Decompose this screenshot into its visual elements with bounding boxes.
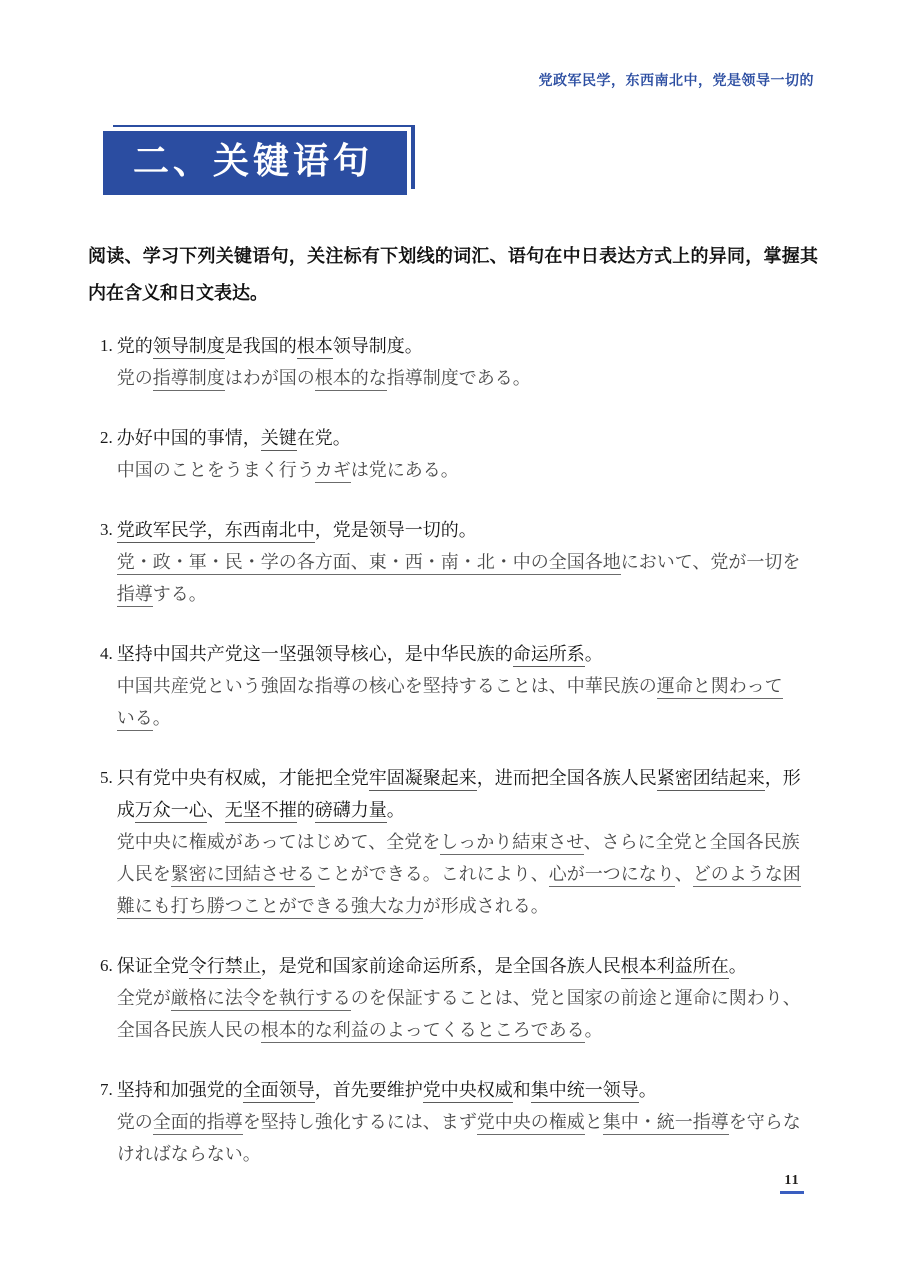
text-segment: ，党是领导一切的。 [315,520,477,540]
underlined-term: 无坚不摧 [225,800,297,823]
underlined-term: 根本 [297,336,333,359]
key-sentence-item: 2.办好中国的事情，关键在党。中国のことをうまく行うカギは党にある。 [100,422,816,486]
text-segment: 党の [117,368,153,388]
item-body: 坚持和加强党的全面领导，首先要维护党中央权威和集中统一领导。党の全面的指導を堅持… [117,1074,816,1170]
underlined-term: 根本利益所在 [621,956,729,979]
sentence-line-jp: 党中央に権威があってはじめて、全党をしっかり結束させ、さらに全党と全国各民族 [117,826,816,858]
text-segment: と [585,1112,603,1132]
text-segment: 和 [513,1080,531,1100]
item-body: 坚持中国共产党这一坚强领导核心，是中华民族的命运所系。中国共産党という強固な指導… [117,638,816,734]
sentence-line-jp: いる。 [117,702,816,734]
underlined-term: 党・政・軍・民・学の各方面、東・西・南・北・中の全国各地 [117,552,621,575]
underlined-term: 党中央权威 [423,1080,513,1103]
instructions-paragraph: 阅读、学习下列关键语句，关注标有下划线的词汇、语句在中日表达方式上的异同，掌握其… [88,238,818,312]
underlined-term: 緊密に団結させる [171,864,315,887]
text-segment: 保证全党 [117,956,189,976]
underlined-term: 根本的な [315,368,387,391]
item-number: 4. [100,638,113,734]
text-segment: 党中央に権威があってはじめて、全党を [117,832,440,852]
underlined-term: 指導 [117,584,153,607]
key-sentence-item: 4.坚持中国共产党这一坚强领导核心，是中华民族的命运所系。中国共産党という強固な… [100,638,816,734]
text-segment: ，形 [765,768,801,788]
underlined-term: 磅礴力量 [315,800,387,823]
text-segment: 坚持和加强党的 [117,1080,243,1100]
underlined-term: 关键 [261,428,297,451]
text-segment: 坚持中国共产党这一坚强领导核心，是中华民族的 [117,644,513,664]
text-segment: する。 [153,584,207,604]
underlined-term: しっかり結束させ [440,832,583,855]
item-number: 2. [100,422,113,486]
item-body: 保证全党令行禁止，是党和国家前途命运所系，是全国各族人民根本利益所在。全党が厳格… [117,950,816,1046]
underlined-term: どのような困 [693,864,801,887]
text-segment: 、さらに全党と全国各民族 [584,832,800,852]
key-sentence-item: 1.党的领导制度是我国的根本领导制度。党の指導制度はわが国の根本的な指導制度であ… [100,330,816,394]
item-body: 只有党中央有权威，才能把全党牢固凝聚起来，进而把全国各族人民紧密团结起来，形成万… [117,762,816,922]
text-segment: 。 [153,708,171,728]
text-segment: 办好中国的事情， [117,428,261,448]
text-segment: 全国各民族人民の [117,1020,261,1040]
text-segment: ，首先要维护 [315,1080,423,1100]
text-segment: 的 [297,800,315,820]
underlined-term: 万众一心 [135,800,207,823]
text-segment: 党の [117,1112,153,1132]
item-body: 党的领导制度是我国的根本领导制度。党の指導制度はわが国の根本的な指導制度である。 [117,330,816,394]
text-segment: 指導制度である。 [387,368,531,388]
text-segment: 人民を [117,864,171,884]
item-body: 党政军民学，东西南北中，党是领导一切的。党・政・軍・民・学の各方面、東・西・南・… [117,514,816,610]
text-segment: のを保証することは、党と国家の前途と運命に関わり、 [351,988,801,1008]
sentence-line-cn: 坚持和加强党的全面领导，首先要维护党中央权威和集中统一领导。 [117,1074,816,1106]
underlined-term: 命运所系 [513,644,585,667]
text-segment: 。 [585,1020,603,1040]
key-sentence-item: 7.坚持和加强党的全面领导，首先要维护党中央权威和集中统一领导。党の全面的指導を… [100,1074,816,1170]
key-sentence-item: 6.保证全党令行禁止，是党和国家前途命运所系，是全国各族人民根本利益所在。全党が… [100,950,816,1046]
item-number: 3. [100,514,113,610]
key-sentences-list: 1.党的领导制度是我国的根本领导制度。党の指導制度はわが国の根本的な指導制度であ… [100,330,816,1198]
sentence-line-cn: 办好中国的事情，关键在党。 [117,422,816,454]
sentence-line-cn: 党政军民学，东西南北中，党是领导一切的。 [117,514,816,546]
key-sentence-item: 5.只有党中央有权威，才能把全党牢固凝聚起来，进而把全国各族人民紧密团结起来，形… [100,762,816,922]
text-segment: 领导制度。 [333,336,423,356]
underlined-term: 领导制度 [153,336,225,359]
item-number: 6. [100,950,113,1046]
text-segment: はわが国の [225,368,315,388]
document-page: 党政军民学，东西南北中，党是领导一切的 二、关键语句 阅读、学习下列关键语句，关… [0,0,900,1262]
text-segment: 。 [639,1080,657,1100]
text-segment: 在党。 [297,428,351,448]
sentence-line-jp: 難にも打ち勝つことができる強大な力が形成される。 [117,890,816,922]
page-number-bar [780,1191,804,1194]
text-segment: 中国共産党という強固な指導の核心を堅持することは、中華民族の [117,676,657,696]
text-segment: ，进而把全国各族人民 [477,768,657,788]
underlined-term: 令行禁止 [189,956,261,979]
text-segment: を守らな [729,1112,801,1132]
sentence-line-cn: 成万众一心、无坚不摧的磅礴力量。 [117,794,816,826]
text-segment: ことができる。これにより、 [315,864,549,884]
underlined-term: 全面的指導 [153,1112,243,1135]
sentence-line-cn: 保证全党令行禁止，是党和国家前途命运所系，是全国各族人民根本利益所在。 [117,950,816,982]
text-segment: 、 [207,800,225,820]
underlined-term: いる [117,708,153,731]
sentence-line-jp: 人民を緊密に団結させることができる。これにより、心が一つになり、どのような困 [117,858,816,890]
text-segment: 。 [585,644,603,664]
sentence-line-jp: 指導する。 [117,578,816,610]
page-header-slogan: 党政军民学，东西南北中，党是领导一切的 [539,70,815,90]
sentence-line-jp: 中国共産党という強固な指導の核心を堅持することは、中華民族の運命と関わって [117,670,816,702]
sentence-line-jp: 党の全面的指導を堅持し強化するには、まず党中央の権威と集中・統一指導を守らな [117,1106,816,1138]
sentence-line-jp: 全党が厳格に法令を執行するのを保証することは、党と国家の前途と運命に関わり、 [117,982,816,1014]
sentence-line-cn: 坚持中国共产党这一坚强领导核心，是中华民族的命运所系。 [117,638,816,670]
sentence-line-jp: 党・政・軍・民・学の各方面、東・西・南・北・中の全国各地において、党が一切を [117,546,816,578]
sentence-line-jp: 全国各民族人民の根本的な利益のよってくるところである。 [117,1014,816,1046]
text-segment: 。 [729,956,747,976]
text-segment: 党的 [117,336,153,356]
underlined-term: 運命と関わって [657,676,783,699]
text-segment: 中国のことをうまく行う [117,460,315,480]
banner-box: 二、关键语句 [103,131,407,195]
page-number: 11 [780,1173,804,1189]
item-body: 办好中国的事情，关键在党。中国のことをうまく行うカギは党にある。 [117,422,816,486]
underlined-term: 紧密团结起来 [657,768,765,791]
item-number: 7. [100,1074,113,1170]
item-number: 5. [100,762,113,922]
underlined-term: 集中统一领导 [531,1080,639,1103]
underlined-term: 厳格に法令を執行する [171,988,351,1011]
sentence-line-jp: 中国のことをうまく行うカギは党にある。 [117,454,816,486]
underlined-term: 心が一つになり [549,864,675,887]
underlined-term: カギ [315,460,351,483]
underlined-term: 指導制度 [153,368,225,391]
section-title: 二、关键语句 [133,142,373,182]
text-segment: を堅持し強化するには、まず [243,1112,477,1132]
text-segment: 、 [675,864,693,884]
underlined-term: 根本的な利益のよってくるところである [261,1020,585,1043]
text-segment: 是我国的 [225,336,297,356]
key-sentence-item: 3.党政军民学，东西南北中，党是领导一切的。党・政・軍・民・学の各方面、東・西・… [100,514,816,610]
page-footer: 11 [780,1173,804,1194]
text-segment: が形成される。 [423,896,549,916]
text-segment: 只有党中央有权威，才能把全党 [117,768,369,788]
sentence-line-cn: 只有党中央有权威，才能把全党牢固凝聚起来，进而把全国各族人民紧密团结起来，形 [117,762,816,794]
sentence-line-jp: 党の指導制度はわが国の根本的な指導制度である。 [117,362,816,394]
underlined-term: 難にも打ち勝つことができる強大な力 [117,896,423,919]
sentence-line-cn: 党的领导制度是我国的根本领导制度。 [117,330,816,362]
text-segment: ，是党和国家前途命运所系，是全国各族人民 [261,956,621,976]
text-segment: ければならない。 [117,1144,261,1164]
underlined-term: 集中・統一指導 [603,1112,729,1135]
underlined-term: 党政军民学，东西南北中 [117,520,315,543]
sentence-line-jp: ければならない。 [117,1138,816,1170]
section-banner: 二、关键语句 [103,131,407,195]
item-number: 1. [100,330,113,394]
underlined-term: 党中央の権威 [477,1112,585,1135]
text-segment: 。 [387,800,405,820]
text-segment: 成 [117,800,135,820]
text-segment: において、党が一切を [621,552,801,572]
text-segment: 全党が [117,988,171,1008]
underlined-term: 牢固凝聚起来 [369,768,477,791]
underlined-term: 全面领导 [243,1080,315,1103]
text-segment: は党にある。 [351,460,459,480]
